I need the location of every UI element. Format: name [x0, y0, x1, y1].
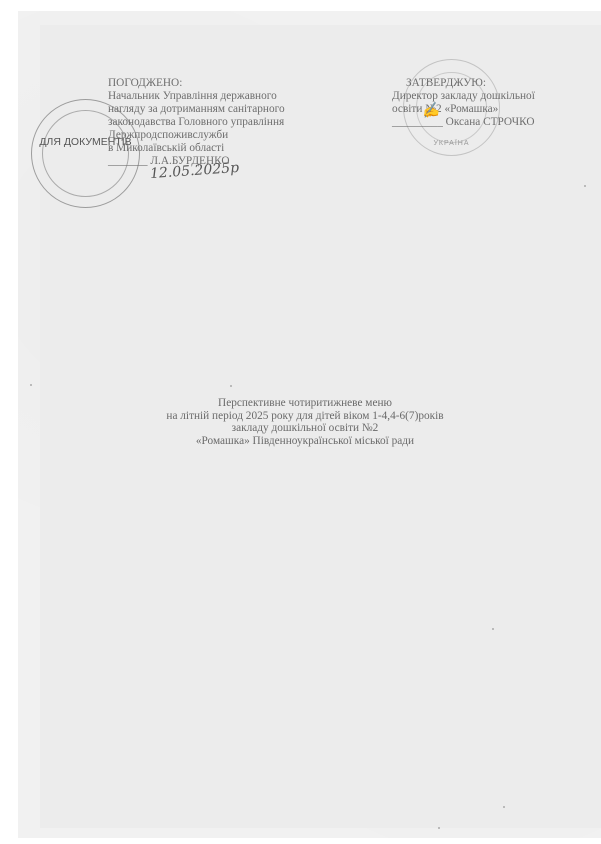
- title-line: на літній період 2025 року для дітей вік…: [150, 410, 460, 423]
- scan-speck: [492, 628, 494, 630]
- scan-speck: [438, 827, 440, 829]
- approval-line: освіти №2 «Ромашка»: [392, 103, 572, 116]
- title-line: закладу дошкільної освіти №2: [150, 422, 460, 435]
- approval-heading: ПОГОДЖЕНО:: [108, 77, 328, 90]
- approval-block-approved: ЗАТВЕРДЖУЮ: Директор закладу дошкільної …: [392, 77, 572, 129]
- scan-speck: [584, 185, 586, 187]
- approval-line: Держпродспоживслужби: [108, 129, 328, 142]
- approval-block-agreed: ПОГОДЖЕНО: Начальник Управління державно…: [108, 77, 328, 168]
- approval-line: Начальник Управління державного: [108, 90, 328, 103]
- handwritten-signature-icon: ✍: [421, 102, 441, 121]
- scan-speck: [503, 806, 505, 808]
- document-title: Перспективне чотиритижневе меню на літні…: [150, 397, 460, 447]
- approval-line: нагляду за дотриманням санітарного: [108, 103, 328, 116]
- approval-line: законодавства Головного управління: [108, 116, 328, 129]
- scan-speck: [230, 385, 232, 387]
- scan-speck: [30, 384, 32, 386]
- stamp-text: УКРАЇНА: [404, 140, 499, 147]
- approval-heading: ЗАТВЕРДЖУЮ:: [392, 77, 572, 90]
- approval-line: Директор закладу дошкільної: [392, 90, 572, 103]
- approval-signatory: _________ Оксана СТРОЧКО: [392, 116, 572, 129]
- approval-line: в Миколаївській області: [108, 142, 328, 155]
- title-line: Перспективне чотиритижневе меню: [150, 397, 460, 410]
- title-line: «Ромашка» Південноукраїнської міської ра…: [150, 435, 460, 448]
